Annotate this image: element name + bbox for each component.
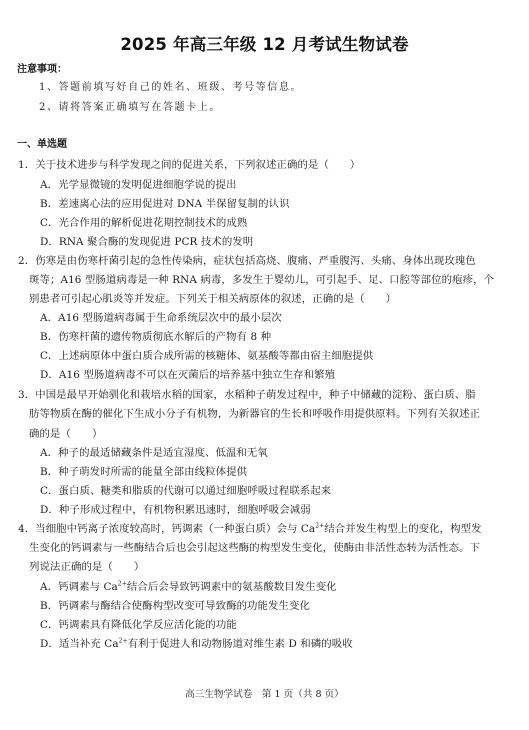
option-b: B．伤寒杆菌的遗传物质彻底水解后的产物有 8 种 [40, 328, 271, 343]
option-a: A．种子的最适储藏条件是适宜湿度、低温和无氧 [40, 444, 268, 459]
option-c: C．蛋白质、糖类和脂质的代谢可以通过细胞呼吸过程联系起来 [40, 482, 331, 497]
superscript: 2+ [119, 638, 128, 645]
question-stem-cont: 生变化的钙调素与一些酶结合后也会引起这些酶的构型发生变化，使酶由非活性态转为活性… [29, 539, 480, 554]
question-stem: 4．当细胞中钙离子浓度较高时，钙调素（一种蛋白质）会与 Ca2+结合并发生构型上… [18, 520, 482, 535]
superscript: 2+ [118, 581, 127, 588]
option-a: A．A16 型肠道病毒属于生命系统层次中的最小层次 [40, 309, 282, 324]
page-footer: 高三生物学试卷 第 1 页（共 8 页） [0, 686, 529, 700]
option-a: A．钙调素与 Ca2+结合后会导致钙调素中的氨基酸数目发生变化 [40, 578, 337, 593]
option-d: D．A16 型肠道病毒不可以在灭菌后的培养基中独立生存和繁殖 [40, 366, 335, 381]
question-stem: 3．中国是最早开始驯化和栽培水稻的国家，水稻种子萌发过程中，种子中储藏的淀粉、蛋… [18, 386, 476, 401]
notice-item: 1、答题前填写好自己的姓名、班级、考号等信息。 [39, 78, 302, 93]
question-stem-cont: 斑等；A16 型肠道病毒是一种 RNA 病毒，多发生于婴幼儿，可引起手、足、口腔… [29, 271, 494, 286]
document-title: 2025 年高三年级 12 月考试生物试卷 [0, 31, 529, 55]
notice-item: 2、请将答案正确填写在答题卡上。 [39, 98, 221, 113]
question-stem: 2．伤寒是由伤寒杆菌引起的急性传染病，症状包括高烧、腹痛、严重腹泻、头痛、身体出… [18, 252, 476, 267]
question-stem-cont: 肪等物质在酶的催化下生成小分子有机物，为新器官的生长和呼吸作用提供原料。下列有关… [29, 405, 480, 420]
superscript: 2+ [315, 523, 324, 530]
question-stem: 1．关于技术进步与科学发现之间的促进关系，下列叙述正确的是（ ） [18, 156, 360, 171]
option-d: D．种子形成过程中，有机物积累迅速时，细胞呼吸会减弱 [40, 501, 311, 516]
exam-page: 2025 年高三年级 12 月考试生物试卷 注意事项： 1、答题前填写好自己的姓… [0, 0, 529, 730]
option-b: B．差速离心法的应用促进对 DNA 半保留复制的认识 [40, 195, 290, 210]
section-heading: 一、单选题 [17, 135, 67, 150]
option-c: C．钙调素具有降低化学反应活化能的功能 [40, 616, 237, 631]
question-stem-cont: 确的是（ ） [29, 425, 102, 440]
option-c: C．上述病原体中蛋白质合成所需的核糖体、氨基酸等都由宿主细胞提供 [40, 347, 373, 362]
notice-heading: 注意事项： [17, 60, 67, 75]
option-b: B．种子萌发时所需的能量全部由线粒体提供 [40, 463, 247, 478]
option-d: D．RNA 聚合酶的发现促进 PCR 技术的发明 [40, 233, 253, 248]
question-stem-cont: 列说法正确的是（ ） [29, 558, 144, 573]
question-stem-cont: 别患者可引起心肌炎等并发症。下列关于相关病原体的叙述，正确的是（ ） [29, 290, 396, 305]
option-b: B．钙调素与酶结合使酶构型改变可导致酶的功能发生变化 [40, 597, 310, 612]
option-c: C．光合作用的解析促进花期控制技术的成熟 [40, 214, 247, 229]
option-a: A．光学显微镜的发明促进细胞学说的提出 [40, 176, 236, 191]
option-d: D．适当补充 Ca2+有利于促进人和动物肠道对维生素 D 和磷的吸收 [40, 635, 353, 650]
